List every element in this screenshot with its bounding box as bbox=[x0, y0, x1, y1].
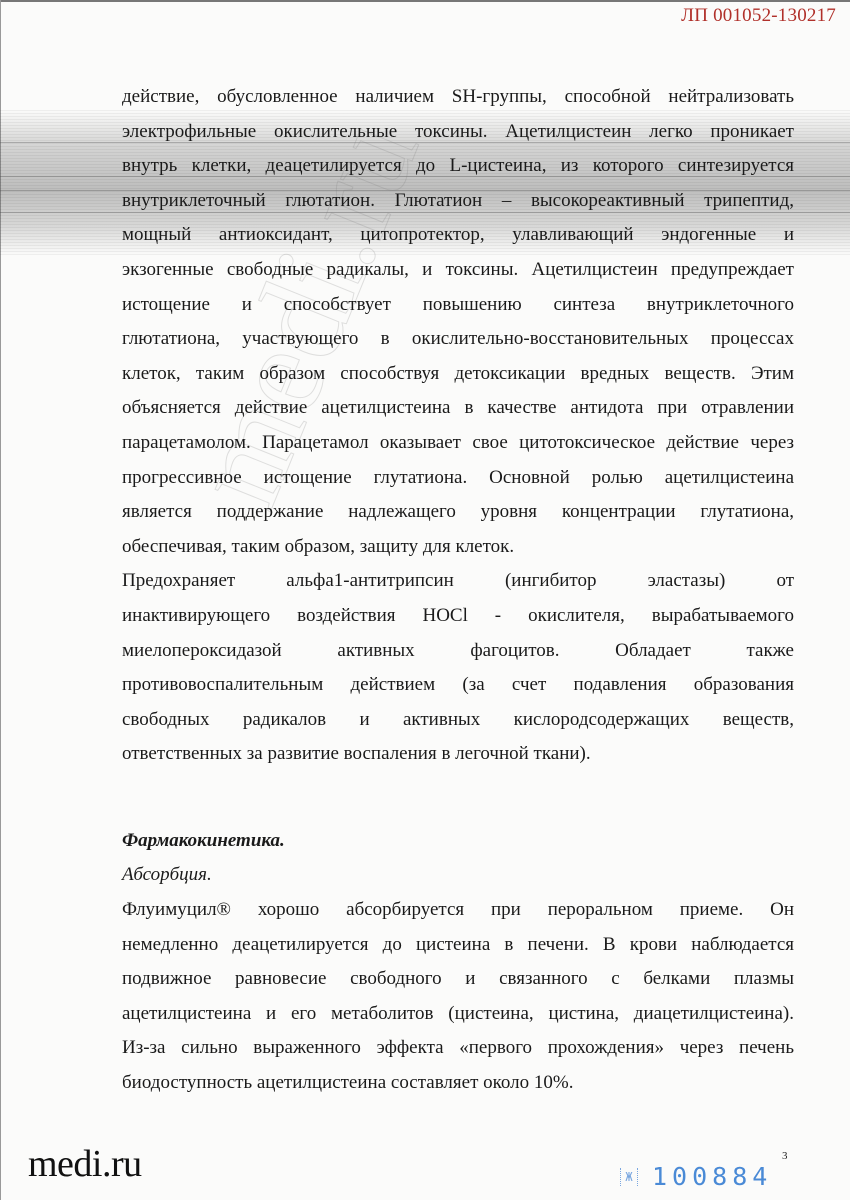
stamp-emblem-icon: Ж bbox=[620, 1168, 638, 1186]
page-left-edge bbox=[0, 0, 1, 1200]
text-line: Предохраняет альфа1-антитрипсин (ингибит… bbox=[122, 564, 794, 599]
text-line: ответственных за развитие воспаления в л… bbox=[122, 737, 794, 772]
text-line: инактивирующего воздействия HOCl - окисл… bbox=[122, 599, 794, 634]
stamp-number: 100884 bbox=[652, 1162, 772, 1191]
text-line: противовоспалительным действием (за счет… bbox=[122, 668, 794, 703]
document-body: действие, обусловленное наличием SH-груп… bbox=[122, 80, 794, 1101]
text-line: экзогенные свободные радикалы, и токсины… bbox=[122, 253, 794, 288]
text-line: является поддержание надлежащего уровня … bbox=[122, 495, 794, 530]
text-line: ацетилцистеина и его метаболитов (цистеи… bbox=[122, 997, 794, 1032]
site-logo-text: medi.ru bbox=[28, 1142, 142, 1186]
text-line: внутрь клетки, деацетилируется до L-цист… bbox=[122, 149, 794, 184]
paragraph-absorption: Флуимуцил® хорошо абсорбируется при перо… bbox=[122, 893, 794, 1101]
text-line: немедленно деацетилируется до цистеина в… bbox=[122, 928, 794, 963]
text-line: обеспечивая, таким образом, защиту для к… bbox=[122, 530, 794, 565]
registration-number: ЛП 001052-130217 bbox=[681, 5, 836, 27]
page-number: 3 bbox=[782, 1150, 788, 1162]
subsection-heading: Абсорбция. bbox=[122, 858, 794, 893]
section-heading: Фармакокинетика. bbox=[122, 824, 794, 859]
text-line: подвижное равновесие свободного и связан… bbox=[122, 962, 794, 997]
text-line: свободных радикалов и активных кислородс… bbox=[122, 703, 794, 738]
text-line: глютатиона, участвующего в окислительно-… bbox=[122, 322, 794, 357]
spacer bbox=[122, 772, 794, 824]
text-line: прогрессивное истощение глутатиона. Осно… bbox=[122, 461, 794, 496]
text-line: Флуимуцил® хорошо абсорбируется при перо… bbox=[122, 893, 794, 928]
text-line: клеток, таким образом способствуя детокс… bbox=[122, 357, 794, 392]
paragraph-antitrypsin: Предохраняет альфа1-антитрипсин (ингибит… bbox=[122, 564, 794, 772]
text-line: миелопероксидазой активных фагоцитов. Об… bbox=[122, 634, 794, 669]
text-line: парацетамолом. Парацетамол оказывает сво… bbox=[122, 426, 794, 461]
text-line: биодоступность ацетилцистеина составляет… bbox=[122, 1066, 794, 1101]
text-line: внутриклеточный глютатион. Глютатион – в… bbox=[122, 184, 794, 219]
paragraph-mechanism: действие, обусловленное наличием SH-груп… bbox=[122, 80, 794, 564]
page-top-edge bbox=[0, 0, 850, 2]
text-line: электрофильные окислительные токсины. Ац… bbox=[122, 115, 794, 150]
text-line: Из-за сильно выраженного эффекта «первог… bbox=[122, 1031, 794, 1066]
text-line: объясняется действие ацетилцистеина в ка… bbox=[122, 391, 794, 426]
text-line: действие, обусловленное наличием SH-груп… bbox=[122, 80, 794, 115]
text-line: мощный антиоксидант, цитопротектор, улав… bbox=[122, 218, 794, 253]
stamp: Ж 100884 bbox=[620, 1162, 772, 1191]
text-line: истощение и способствует повышению синте… bbox=[122, 288, 794, 323]
